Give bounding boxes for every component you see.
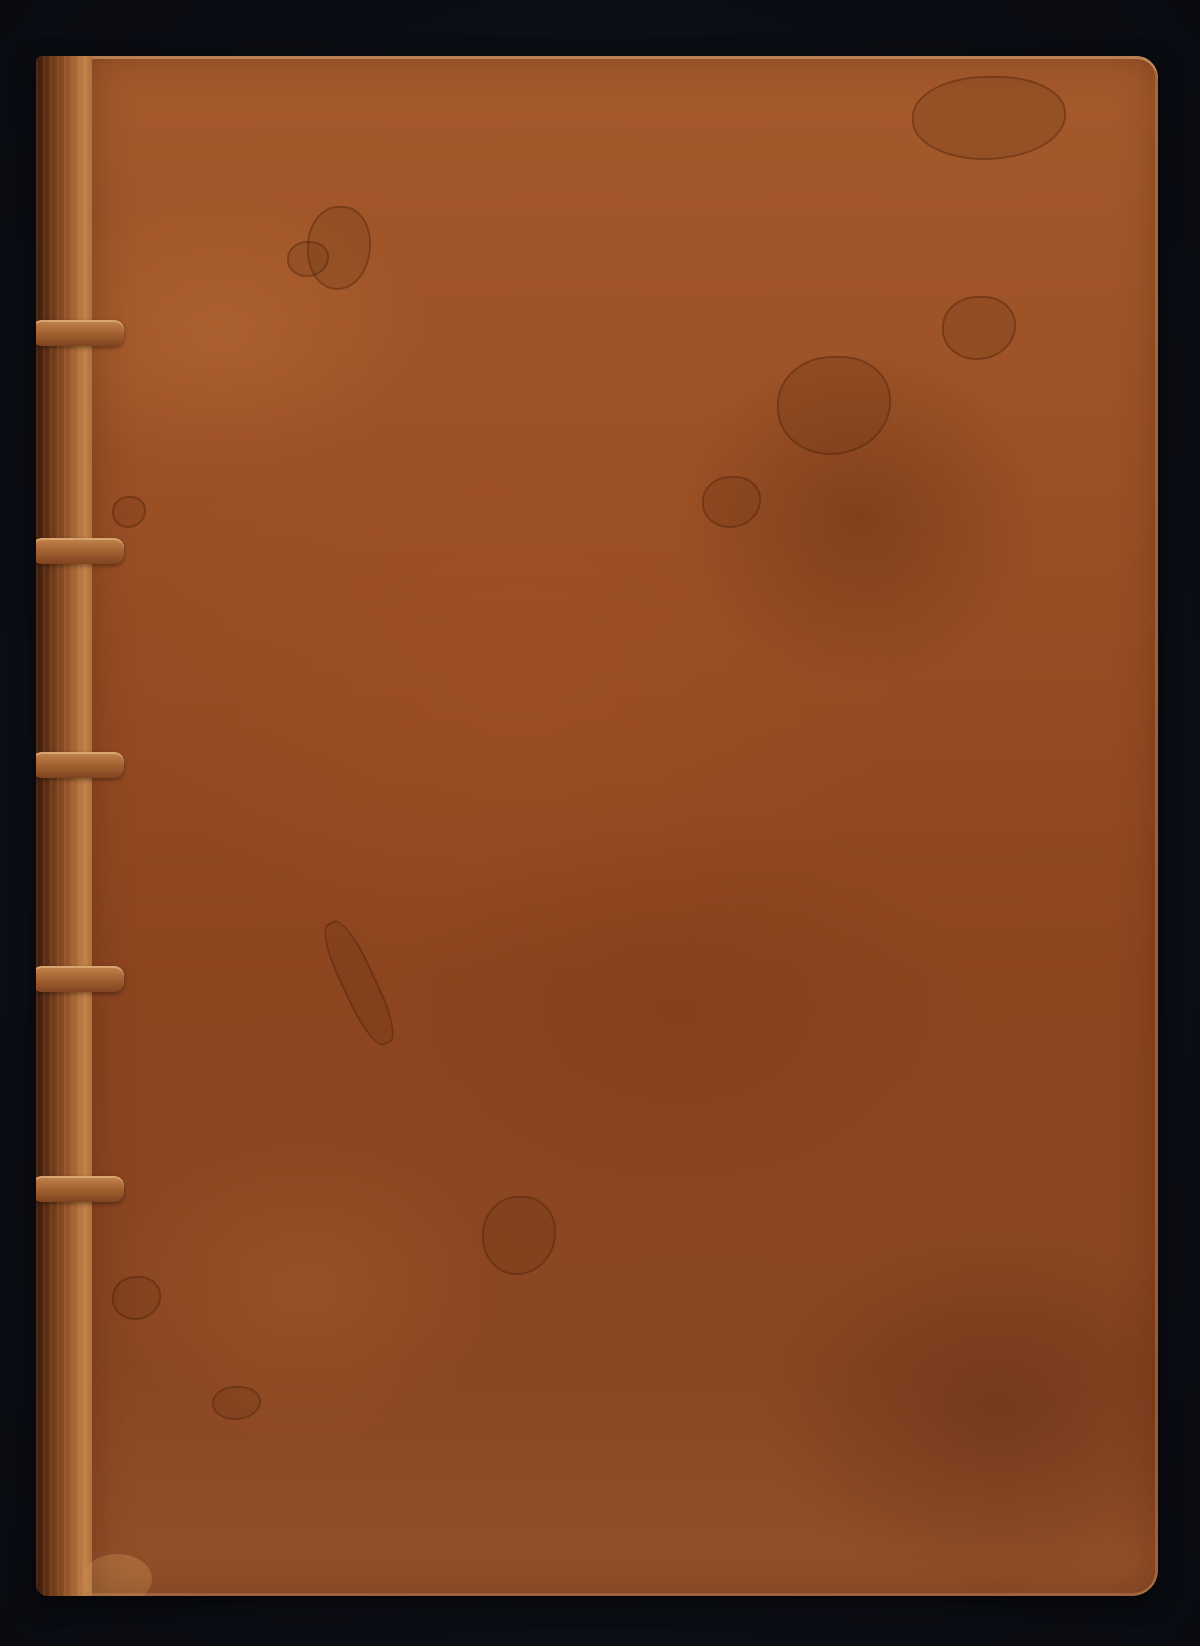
book-front-cover — [92, 56, 1158, 1596]
spine-band — [36, 320, 124, 346]
spine-band — [36, 752, 124, 778]
water-stain — [212, 1386, 261, 1420]
water-stain — [482, 1196, 556, 1275]
spine-band — [36, 966, 124, 992]
water-stain — [112, 496, 146, 528]
corner-wear — [82, 1554, 152, 1596]
water-stain — [315, 915, 402, 1051]
water-stain — [287, 241, 329, 277]
spine-band — [36, 538, 124, 564]
water-stain — [702, 476, 761, 528]
water-stain — [307, 206, 371, 290]
photo-scene — [0, 0, 1200, 1646]
book-spine — [36, 56, 98, 1596]
spine-band — [36, 1176, 124, 1202]
water-stain — [912, 76, 1066, 160]
water-stain — [112, 1276, 161, 1320]
leather-book — [36, 56, 1158, 1596]
water-stain — [942, 296, 1016, 360]
water-stain — [777, 356, 891, 455]
